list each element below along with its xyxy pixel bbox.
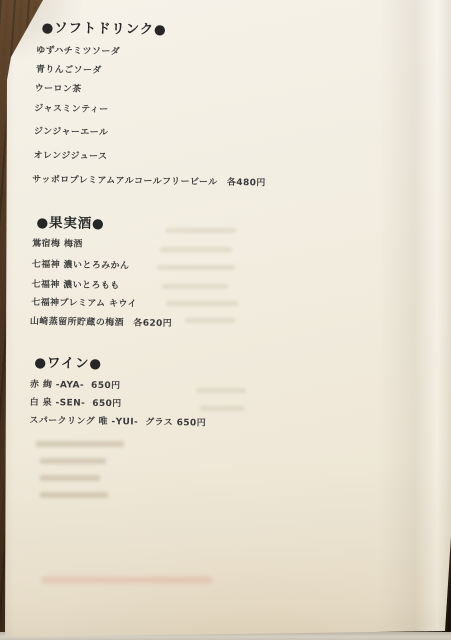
menu-content: ●ソフトドリンク● ゆずハチミツソーダ 青りんごソーダ ウーロン茶 ジャスミンテ… xyxy=(0,0,451,640)
menu-item: 鴬宿梅 梅酒 xyxy=(32,240,83,251)
menu-item: ジンジャーエール xyxy=(34,128,109,139)
menu-item: 七福神 濃いとろもも xyxy=(31,281,119,292)
menu-item: ジャスミンティー xyxy=(34,105,108,116)
menu-paper: ●ソフトドリンク● ゆずハチミツソーダ 青りんごソーダ ウーロン茶 ジャスミンテ… xyxy=(0,0,451,640)
menu-item: 山崎蒸留所貯蔵の梅酒 各620円 xyxy=(30,318,172,330)
menu-item: ゆずハチミツソーダ xyxy=(36,47,120,58)
section-title-wine: ●ワイン● xyxy=(34,356,102,372)
menu-item: オレンジジュース xyxy=(33,152,107,163)
menu-item: 赤 絢 -AYA- 650円 xyxy=(30,381,121,392)
section-title-fruit-liquor: ●果実酒● xyxy=(36,216,104,232)
menu-item: 白 泉 -SEN- 650円 xyxy=(30,399,122,410)
menu-item: 七福神プレミアム キウイ xyxy=(31,299,137,311)
section-title-soft-drinks: ●ソフトドリンク● xyxy=(41,21,166,38)
menu-item: 青りんごソーダ xyxy=(36,66,102,77)
menu-item: 七福神 濃いとろみかん xyxy=(32,261,130,272)
menu-photo: ●ソフトドリンク● ゆずハチミツソーダ 青りんごソーダ ウーロン茶 ジャスミンテ… xyxy=(0,0,451,640)
menu-item: スパークリング 唯 -YUI- グラス 650円 xyxy=(29,417,206,430)
menu-item: サッポロプレミアムアルコールフリービール 各480円 xyxy=(32,176,266,190)
menu-item: ウーロン茶 xyxy=(35,85,82,96)
